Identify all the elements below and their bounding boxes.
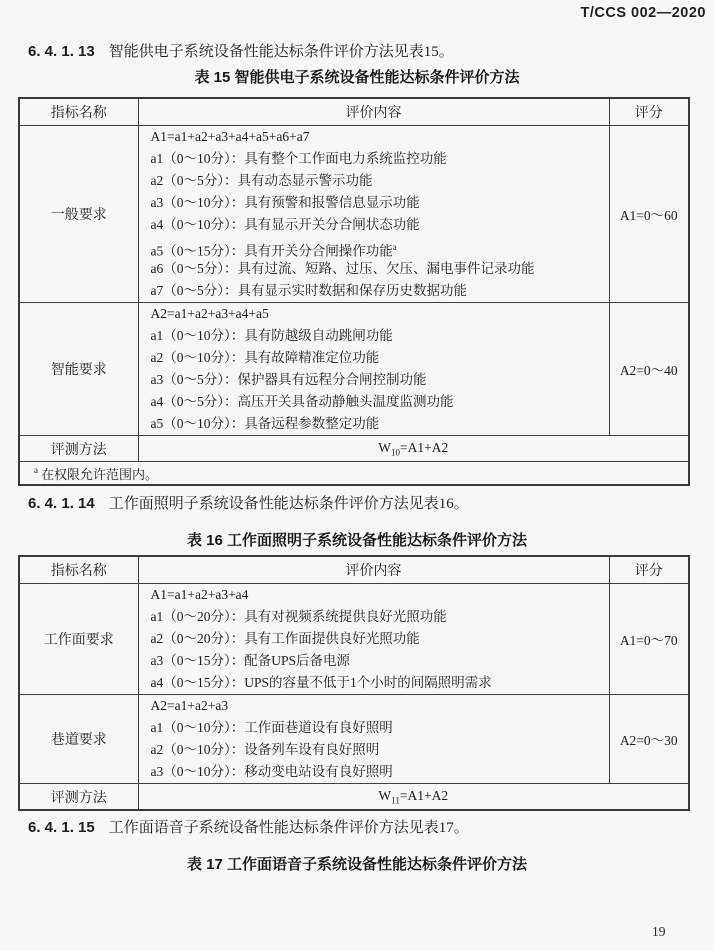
content-line: a5（0～15分）：具有开关分合闸操作功能a [139,236,609,258]
section-number: 6. 4. 1. 15 [28,819,95,836]
col-header-score: 评分 [609,98,689,126]
table-row-workface-requirements: 工作面要求 A1=a1+a2+a3+a4 a1（0～20分）：具有对视频系统提供… [19,584,689,695]
section-text: 工作面语音子系统设备性能达标条件评价方法见表17。 [109,820,469,836]
content-line: a1（0～20分）：具有对视频系统提供良好光照功能 [139,606,609,628]
section-number: 6. 4. 1. 13 [28,43,95,60]
table-row-evaluation-method: 评测方法 W10=A1+A2 [19,436,689,462]
footnote-text: 在权限允许范围内。 [41,467,158,482]
content-line: a3（0～10分）：移动变电站设有良好照明 [139,761,609,783]
content-line: A2=a1+a2+a3 [139,695,609,717]
formula-base: W [378,788,391,803]
content-line: a1（0～10分）：工作面巷道设有良好照明 [139,717,609,739]
col-header-content: 评价内容 [138,556,609,584]
row-content: A2=a1+a2+a3+a4+a5 a1（0～10分）：具有防越级自动跳闸功能 … [138,303,609,436]
table-15: 指标名称 评价内容 评分 一般要求 A1=a1+a2+a3+a4+a5+a6+a… [18,97,690,486]
row-content: A1=a1+a2+a3+a4 a1（0～20分）：具有对视频系统提供良好光照功能… [138,584,609,695]
col-header-name: 指标名称 [19,98,138,126]
method-formula: W10=A1+A2 [138,436,689,462]
row-score: A2=0～30 [609,695,689,784]
formula-base: W [378,440,391,455]
table-row-roadway-requirements: 巷道要求 A2=a1+a2+a3 a1（0～10分）：工作面巷道设有良好照明 a… [19,695,689,784]
row-score: A1=0～60 [609,126,689,303]
content-line: a4（0～15分）：UPS的容量不低于1个小时的间隔照明需求 [139,672,609,694]
document-page: T/CCS 002—2020 6. 4. 1. 13智能供电子系统设备性能达标条… [0,0,714,951]
standard-number-header: T/CCS 002—2020 [581,5,706,21]
section-6-4-1-14: 6. 4. 1. 14工作面照明子系统设备性能达标条件评价方法见表16。 [28,492,469,513]
table-row-intelligent-requirements: 智能要求 A2=a1+a2+a3+a4+a5 a1（0～10分）：具有防越级自动… [19,303,689,436]
content-line: a5（0～10分）：具备远程参数整定功能 [139,413,609,435]
footnote-marker: a [393,242,397,252]
content-line: a1（0～10分）：具有整个工作面电力系统监控功能 [139,148,609,170]
section-text: 工作面照明子系统设备性能达标条件评价方法见表16。 [109,496,469,512]
content-line: A2=a1+a2+a3+a4+a5 [139,303,609,325]
table-16: 指标名称 评价内容 评分 工作面要求 A1=a1+a2+a3+a4 a1（0～2… [18,555,690,811]
section-6-4-1-13: 6. 4. 1. 13智能供电子系统设备性能达标条件评价方法见表15。 [28,40,454,61]
formula-rest: =A1+A2 [400,440,448,455]
method-formula: W11=A1+A2 [138,784,689,811]
row-name: 一般要求 [19,126,138,303]
content-line: a6（0～5分）：具有过流、短路、过压、欠压、漏电事件记录功能 [139,258,609,280]
table-row-evaluation-method: 评测方法 W11=A1+A2 [19,784,689,811]
content-line: a2（0～5分）：具有动态显示警示功能 [139,170,609,192]
content-line: a1（0～10分）：具有防越级自动跳闸功能 [139,325,609,347]
section-text: 智能供电子系统设备性能达标条件评价方法见表15。 [109,44,454,60]
row-content: A1=a1+a2+a3+a4+a5+a6+a7 a1（0～10分）：具有整个工作… [138,126,609,303]
content-line: A1=a1+a2+a3+a4+a5+a6+a7 [139,126,609,148]
content-line: a7（0～5分）：具有显示实时数据和保存历史数据功能 [139,280,609,302]
table-15-header-row: 指标名称 评价内容 评分 [19,98,689,126]
formula-rest: =A1+A2 [400,788,448,803]
table-row-footnote: a在权限允许范围内。 [19,462,689,486]
table-17-title: 表 17 工作面语音子系统设备性能达标条件评价方法 [0,853,714,874]
content-line: A1=a1+a2+a3+a4 [139,584,609,606]
content-line: a2（0～10分）：具有故障精准定位功能 [139,347,609,369]
content-line: a4（0～10分）：具有显示开关分合闸状态功能 [139,214,609,236]
col-header-score: 评分 [609,556,689,584]
content-line: a2（0～20分）：具有工作面提供良好光照功能 [139,628,609,650]
col-header-name: 指标名称 [19,556,138,584]
footnote-cell: a在权限允许范围内。 [19,462,689,486]
section-6-4-1-15: 6. 4. 1. 15工作面语音子系统设备性能达标条件评价方法见表17。 [28,816,469,837]
content-line: a2（0～10分）：设备列车设有良好照明 [139,739,609,761]
content-line: a4（0～5分）：高压开关具备动静触头温度监测功能 [139,391,609,413]
row-score: A1=0～70 [609,584,689,695]
formula-subscript: 11 [391,795,400,805]
formula-subscript: 10 [391,447,400,457]
footnote-marker: a [34,465,38,475]
content-line: a3（0～10分）：具有预警和报警信息显示功能 [139,192,609,214]
content-line-text: a5（0～15分）：具有开关分合闸操作功能 [151,244,393,259]
content-line: a3（0～5分）：保护器具有远程分合闸控制功能 [139,369,609,391]
method-label: 评测方法 [19,784,138,811]
table-16-header-row: 指标名称 评价内容 评分 [19,556,689,584]
section-number: 6. 4. 1. 14 [28,495,95,512]
method-label: 评测方法 [19,436,138,462]
row-score: A2=0～40 [609,303,689,436]
page-number: 19 [652,924,666,940]
table-15-title: 表 15 智能供电子系统设备性能达标条件评价方法 [0,66,714,87]
col-header-content: 评价内容 [138,98,609,126]
row-name: 工作面要求 [19,584,138,695]
row-name: 巷道要求 [19,695,138,784]
table-16-title: 表 16 工作面照明子系统设备性能达标条件评价方法 [0,529,714,550]
row-name: 智能要求 [19,303,138,436]
content-line: a3（0～15分）：配备UPS后备电源 [139,650,609,672]
row-content: A2=a1+a2+a3 a1（0～10分）：工作面巷道设有良好照明 a2（0～1… [138,695,609,784]
table-row-general-requirements: 一般要求 A1=a1+a2+a3+a4+a5+a6+a7 a1（0～10分）：具… [19,126,689,303]
